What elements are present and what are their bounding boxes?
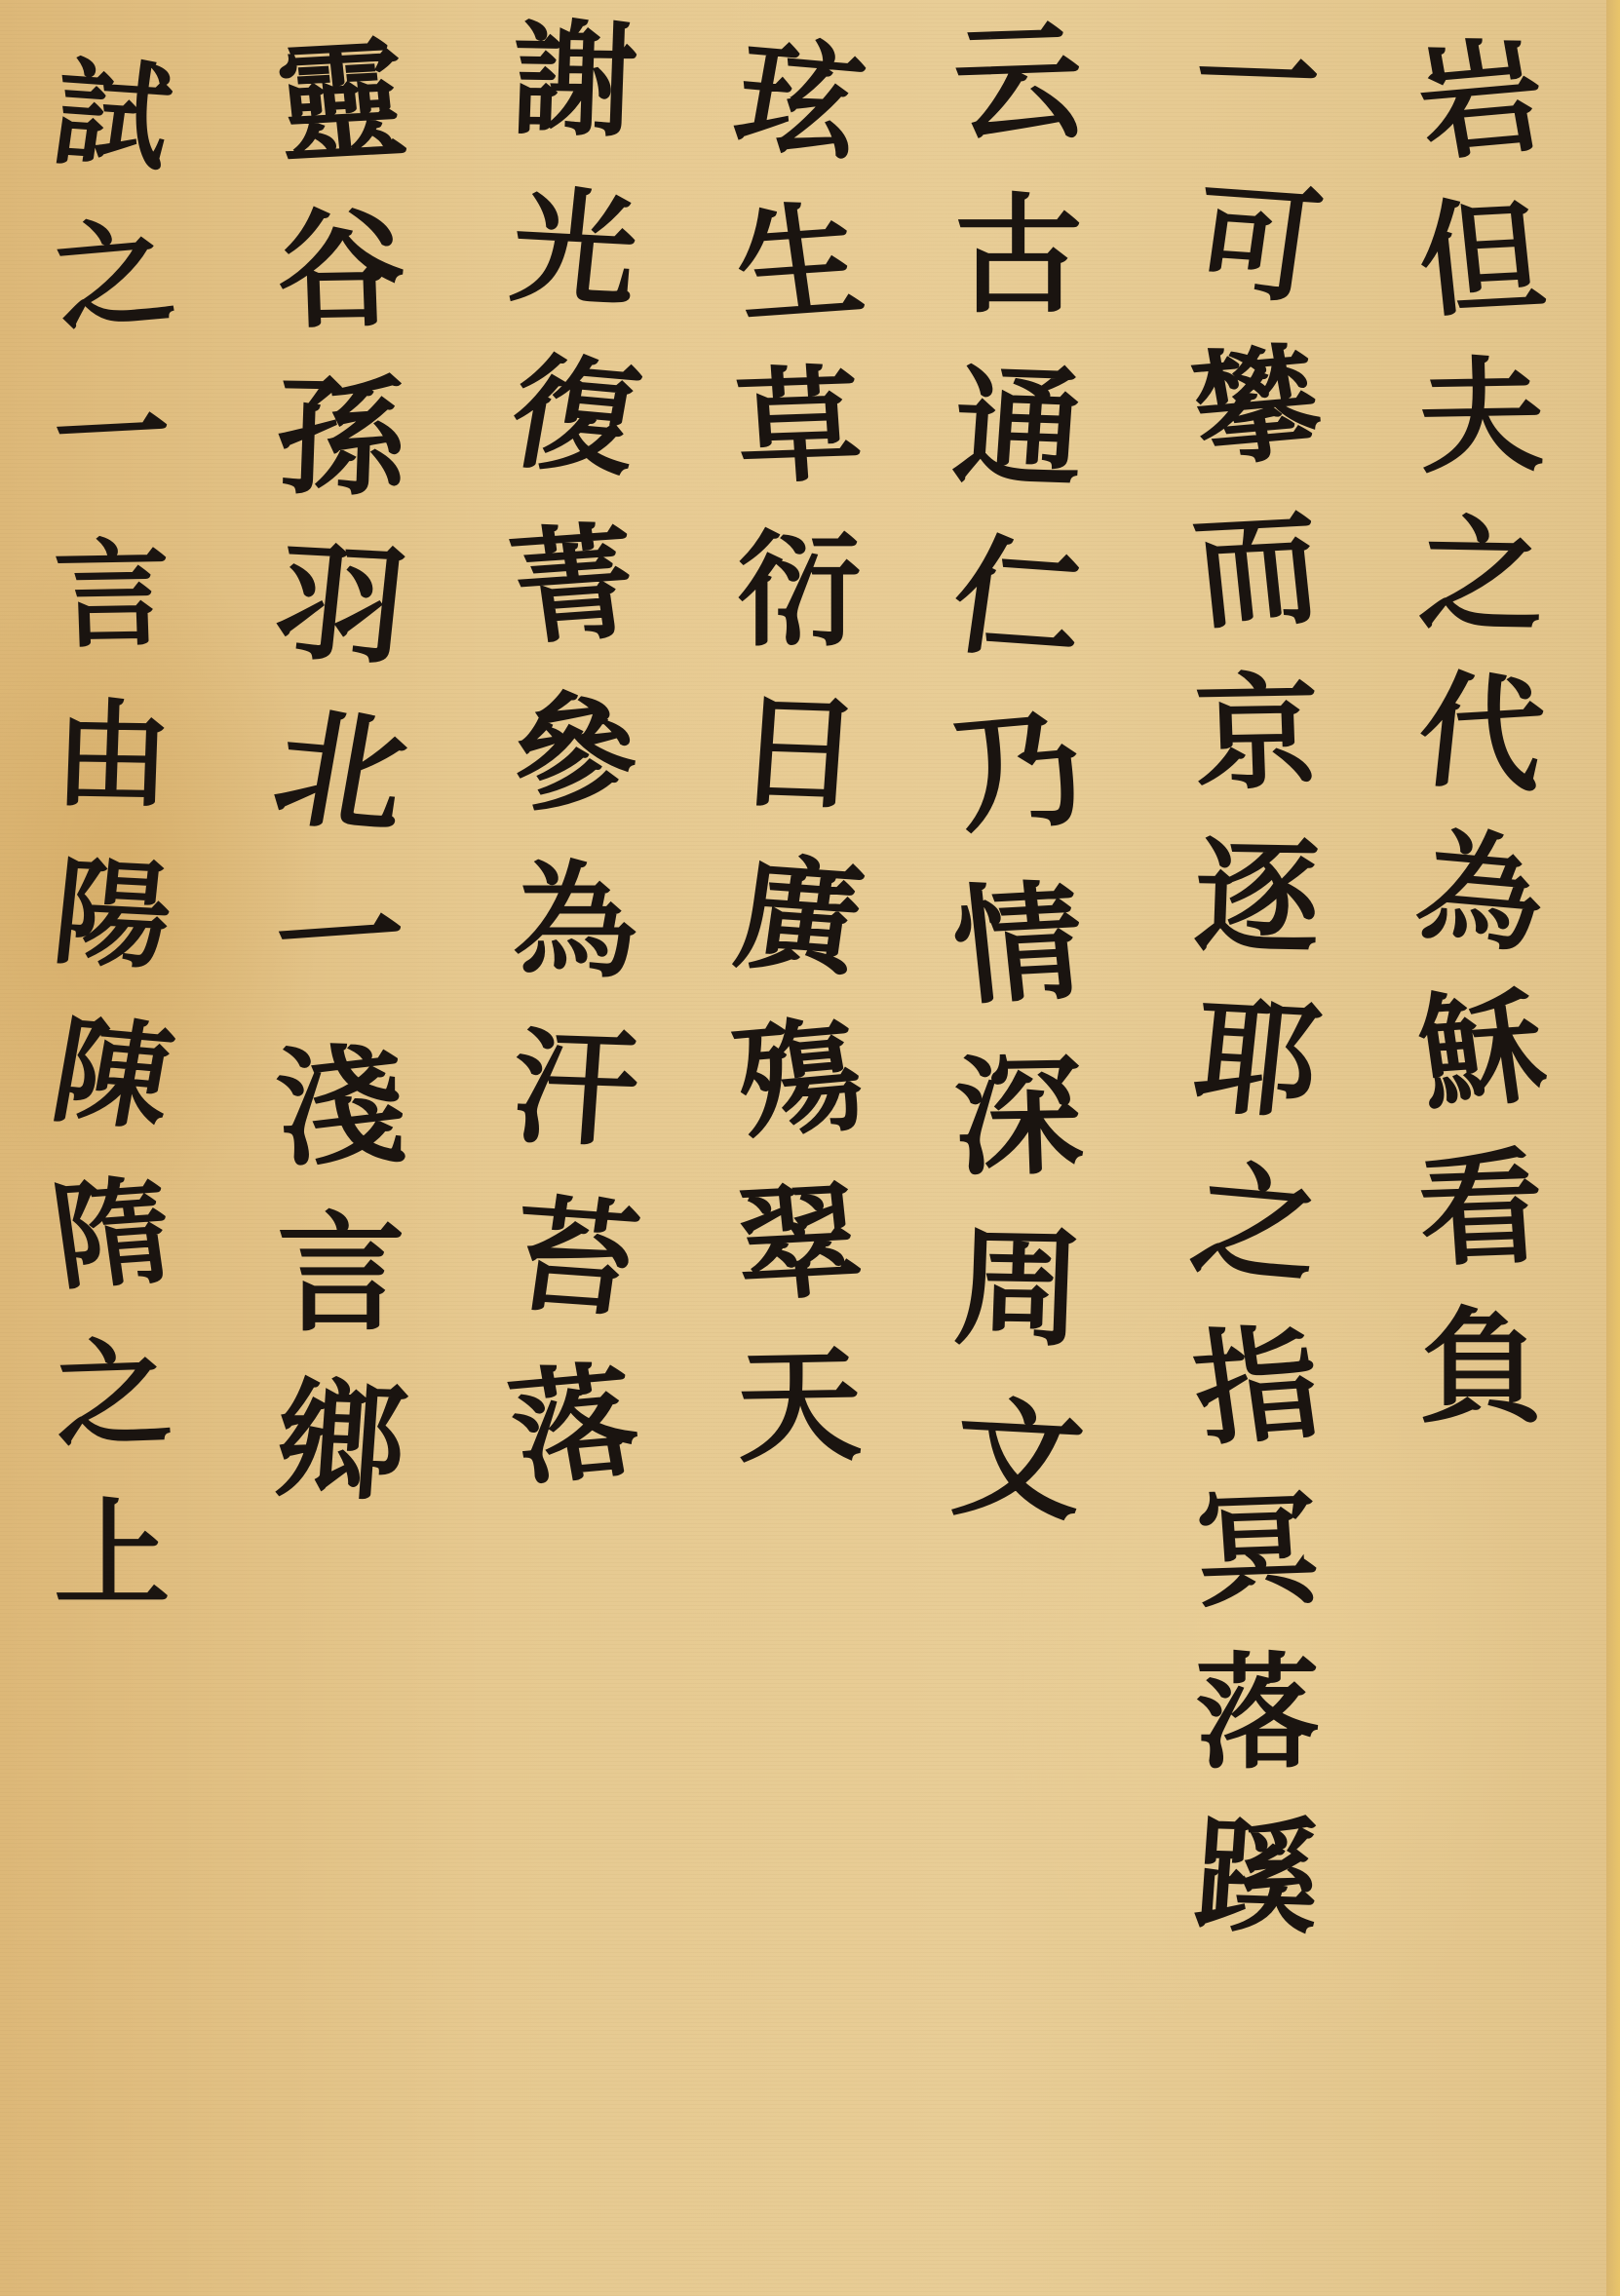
calligraphy-character: 岩: [1408, 34, 1554, 168]
calligraphy-character: 孫: [275, 372, 407, 503]
calligraphy-character: 云: [950, 18, 1088, 150]
calligraphy-character: 情: [947, 878, 1089, 1013]
calligraphy-character: 仁: [945, 532, 1092, 669]
calligraphy-character: 通: [950, 362, 1088, 494]
calligraphy-character: 乃: [944, 704, 1094, 842]
calligraphy-character: 一: [1191, 18, 1324, 146]
calligraphy-character: 但: [1413, 194, 1551, 325]
paper-edge: [1606, 0, 1620, 2296]
calligraphy-character: 負: [1419, 1306, 1544, 1431]
calligraphy-character: 為: [1408, 826, 1554, 960]
calligraphy-character: 言: [52, 537, 172, 655]
calligraphy-character: 日: [733, 690, 866, 819]
calligraphy-character: 深: [952, 1052, 1085, 1182]
calligraphy-character: 由: [52, 697, 172, 815]
calligraphy-column: 靈谷孫羽北一淺言鄉: [266, 39, 417, 1507]
calligraphy-character: 之: [50, 1335, 174, 1455]
calligraphy-character: 汗: [509, 1026, 641, 1155]
calligraphy-column: 一可攀而京逐耶之指冥落蹊: [1184, 19, 1331, 1939]
calligraphy-character: 看: [1415, 1145, 1548, 1274]
calligraphy-character: 謝: [511, 19, 639, 145]
calligraphy-character: 陳: [44, 1013, 179, 1137]
calligraphy-character: 之: [1184, 1158, 1330, 1291]
calligraphy-character: 光: [507, 184, 644, 315]
calligraphy-character: 殤: [726, 1014, 871, 1147]
calligraphy-character: 淺: [273, 1041, 410, 1173]
calligraphy-character: 翠: [731, 1178, 868, 1309]
calligraphy-character: 而: [1189, 506, 1327, 636]
calligraphy-character: 蹊: [1191, 1813, 1324, 1941]
calligraphy-character: 可: [1186, 179, 1328, 311]
calligraphy-character: 上: [55, 1497, 171, 1613]
calligraphy-character: 北: [266, 704, 416, 842]
calligraphy-character: 羽: [270, 538, 411, 672]
calligraphy-character: 谷: [275, 206, 407, 336]
calligraphy-character: 京: [1193, 671, 1322, 798]
calligraphy-character: 參: [509, 690, 641, 819]
calligraphy-character: 天: [735, 1344, 864, 1471]
calligraphy-character: 為: [513, 861, 637, 985]
calligraphy-character: 周: [952, 1224, 1085, 1355]
calligraphy-character: 苔: [504, 1193, 645, 1324]
calligraphy-character: 指: [1186, 1321, 1328, 1453]
calligraphy-column: 岩但夫之代為穌看負: [1408, 39, 1555, 1431]
calligraphy-character: 衍: [737, 529, 862, 654]
calligraphy-character: 夫: [1417, 355, 1546, 481]
calligraphy-character: 靈: [270, 36, 411, 171]
calligraphy-character: 之: [44, 213, 179, 338]
calligraphy-column: 云古通仁乃情深周文: [944, 19, 1095, 1526]
calligraphy-character: 攀: [1184, 341, 1330, 475]
calligraphy-character: 生: [728, 199, 869, 330]
calligraphy-column: 玹生草衍日廣殤翠天: [726, 39, 872, 1470]
calligraphy-character: 鄉: [273, 1376, 410, 1509]
calligraphy-column: 謝光復菁參為汗苔落: [502, 19, 648, 1489]
calligraphy-character: 逐: [1193, 834, 1322, 961]
calligraphy-character: 穌: [1410, 985, 1552, 1117]
calligraphy-character: 落: [502, 1359, 647, 1493]
calligraphy-character: 冥: [1191, 1486, 1324, 1615]
calligraphy-character: 復: [502, 351, 647, 484]
calligraphy-character: 落: [1195, 1652, 1320, 1777]
calligraphy-character: 草: [733, 364, 866, 492]
calligraphy-character: 隋: [46, 1173, 177, 1296]
calligraphy-character: 試: [46, 55, 177, 177]
calligraphy-column: 試之一言由陽陳隋之上: [44, 58, 180, 1613]
calligraphy-scroll: 岩但夫之代為穌看負一可攀而京逐耶之指冥落蹊云古通仁乃情深周文玹生草衍日廣殤翠天謝…: [0, 0, 1620, 2296]
calligraphy-character: 古: [954, 192, 1083, 321]
calligraphy-character: 一: [268, 872, 414, 1009]
calligraphy-character: 玹: [726, 34, 871, 168]
calligraphy-character: 一: [48, 375, 175, 497]
calligraphy-character: 陽: [48, 855, 175, 976]
calligraphy-character: 言: [277, 1210, 405, 1339]
calligraphy-character: 耶: [1189, 996, 1327, 1127]
calligraphy-character: 廣: [728, 852, 869, 983]
calligraphy-character: 代: [1413, 670, 1551, 800]
calligraphy-character: 菁: [504, 520, 645, 652]
calligraphy-character: 之: [1417, 513, 1546, 639]
calligraphy-character: 文: [947, 1395, 1089, 1529]
